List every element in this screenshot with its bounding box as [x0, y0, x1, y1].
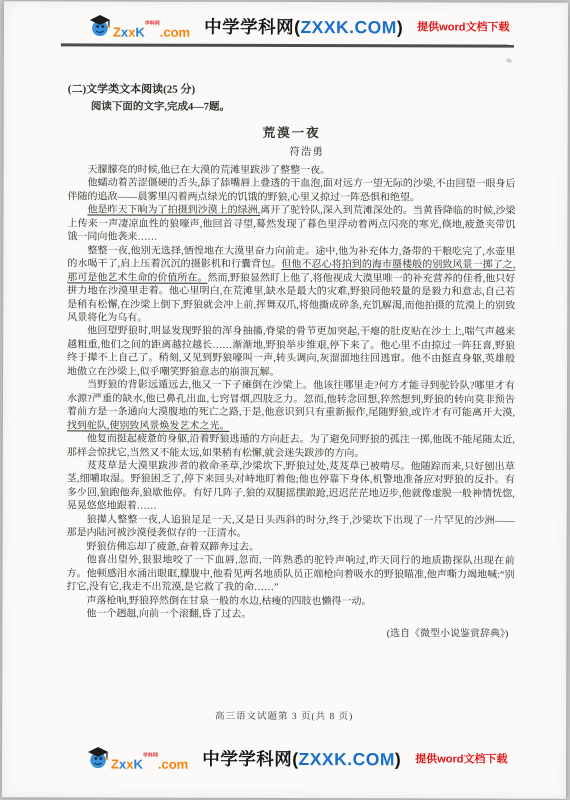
zxxk-logo-text: ZxxK学科网.com	[111, 758, 188, 771]
story-paragraph: 他复而挺起疲惫的身躯,沿着野狼逃遁的方向赶去。为了避免同野狼的孤注一掷,他既不能…	[67, 432, 515, 460]
story-paragraph: 他是昨天下晌为了拍摄到沙漠上的绿洲,离开了驼铃队,深入到荒滩深处的。当黄昏降临的…	[67, 204, 515, 246]
story-paragraph: 整整一夜,他别无选择,恓惶地在大漠里奋力向前走。途中,他为补充体力,备带的干粮吃…	[67, 244, 515, 326]
logo-superscript: 学科网	[143, 754, 158, 759]
story-title: 荒漠一夜	[68, 122, 516, 141]
story-paragraph: 他喜出望外,狠狠地咬了一下血唇,忽而,一阵熟悉的驼铃声响过,昨天同行的地质勘探队…	[66, 554, 514, 596]
story-paragraph: 野狼仿佛忘却了疲惫,奋着双蹄奔过去。	[67, 540, 515, 555]
header-divider	[61, 43, 514, 47]
story-paragraph: 当野狼的背影远遁远去,他又一下子瘫倒在沙梁上。他该往哪里走?何方才能寻到驼铃队?…	[67, 379, 515, 434]
section-heading: (二)文学类文本阅读(25 分)	[68, 81, 516, 98]
site-footer: ZxxK学科网.com 中学学科网(ZXXK.COM) 提供word文档下载	[87, 744, 511, 771]
story-paragraph: 天朦朦亮的时候,他已在大漠的荒滩里跋涉了整整一夜。	[68, 163, 516, 178]
story-paragraph: 他蠕动着苦涩僵硬的舌头,舔了舔嘴唇上叠透的干血泡,面对远方一望无际的沙梁,不由回…	[68, 177, 516, 205]
story-paragraph: 狼撵人整整一夜,人追狼足足一天,又是日头西斜的时分,终于,沙梁坎下出现了一片罕见…	[67, 513, 515, 541]
story-author: 符浩勇	[98, 144, 516, 160]
story-paragraph: 他回望野狼时,明显发现野狼的浑身抽搐,脊梁的骨节更加突起,干瘪的肚皮贴在沙土上,…	[67, 325, 515, 380]
site-domain: ZXXK.COM	[300, 17, 396, 37]
site-name: 中学学科网(ZXXK.COM)	[202, 745, 401, 771]
promo-text: 提供word文档下载	[417, 18, 509, 34]
story-paragraph: 芨芨草是大漠里跋涉者的救命圣草,沙梁坎下,野狼过处,芨芨草已被啃尽。他随踪而来,…	[67, 459, 515, 514]
source-attribution: (选自《微型小说鉴赏辞典》)	[66, 624, 508, 640]
site-name: 中学学科网(ZXXK.COM)	[204, 13, 403, 39]
logo-superscript: 学科网	[145, 22, 160, 27]
zxxk-logo: ZxxK学科网.com	[87, 744, 188, 770]
story-paragraph: 他一个趔趄,向前一个滚翻,昏了过去。	[66, 607, 514, 622]
page-footer: 高三语文试题第 3 页(共 8 页)	[2, 707, 566, 722]
site-domain: ZXXK.COM	[299, 749, 395, 769]
exam-content: (二)文学类文本阅读(25 分) 阅读下面的文字,完成4—7题。 荒漠一夜 符浩…	[66, 81, 515, 640]
zxxk-logo-text: ZxxK学科网.com	[113, 26, 190, 39]
scan-smudge	[505, 58, 512, 64]
zxxk-mascot-icon	[87, 744, 109, 770]
site-header: ZxxK学科网.com 中学学科网(ZXXK.COM) 提供word文档下载	[89, 12, 513, 39]
story-body: 天朦朦亮的时候,他已在大漠的荒滩里跋涉了整整一夜。他蠕动着苦涩僵硬的舌头,舔了舔…	[66, 163, 515, 622]
zxxk-mascot-icon	[89, 12, 111, 38]
zxxk-logo: ZxxK学科网.com	[89, 12, 190, 38]
scanned-exam-page: ZxxK学科网.com 中学学科网(ZXXK.COM) 提供word文档下载 (…	[2, 1, 568, 798]
promo-text: 提供word文档下载	[415, 750, 507, 766]
story-paragraph: 声落枪响,野狼猝然倒在甘泉一般的水边,枯瘦的四肢也懒得一动。	[66, 594, 514, 609]
instructions: 阅读下面的文字,完成4—7题。	[68, 99, 516, 116]
